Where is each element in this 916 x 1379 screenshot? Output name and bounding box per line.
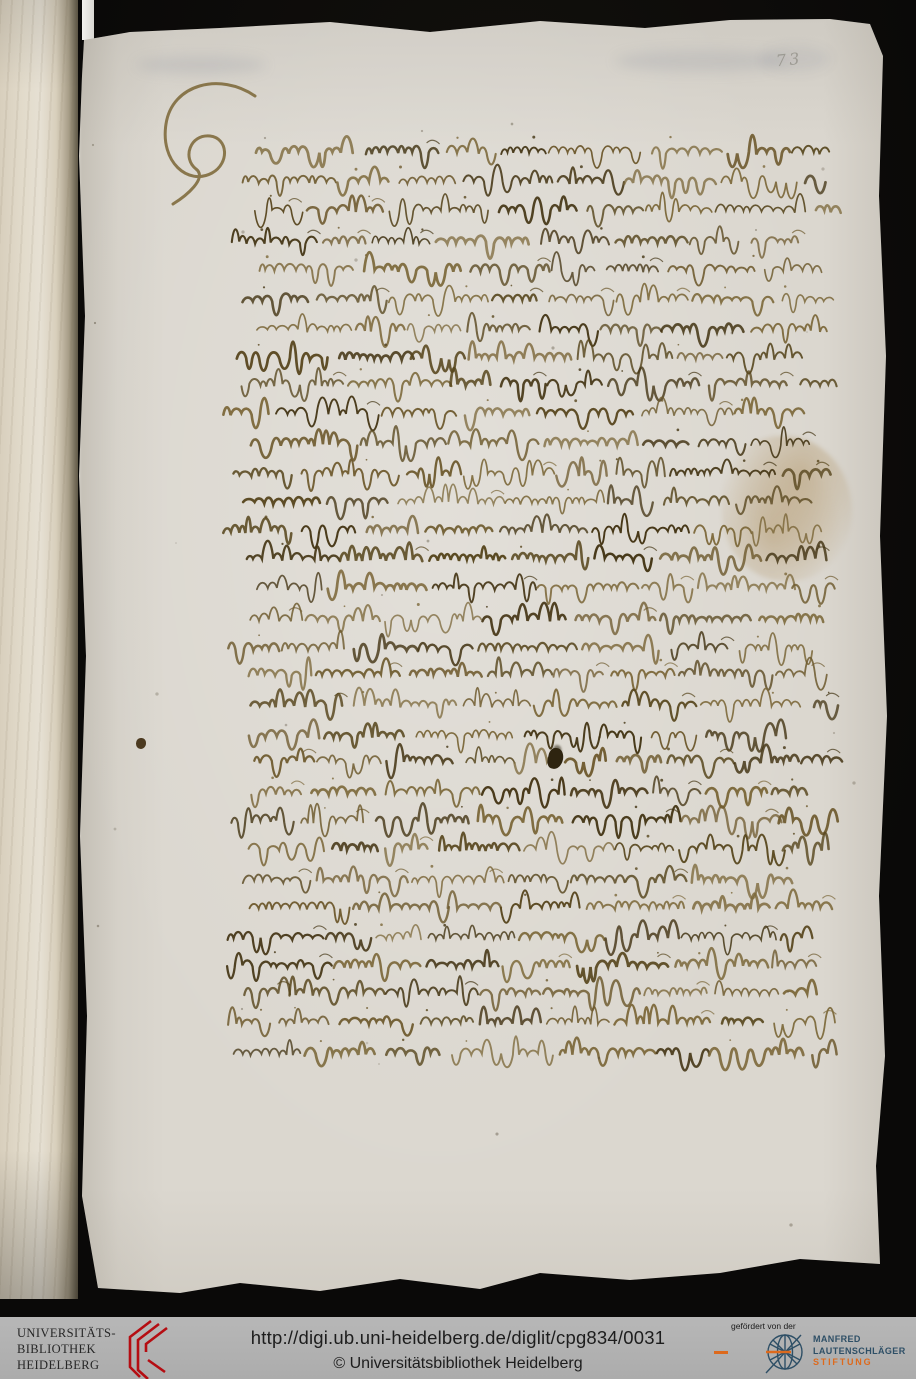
initial-flourish: [165, 84, 255, 204]
dash-mark: [714, 1351, 728, 1354]
handwritten-text: [70, 16, 888, 1298]
folio-number: 73: [775, 49, 803, 71]
facing-page-edge: [0, 0, 78, 1299]
manuscript-page: 73: [70, 16, 888, 1298]
photo-backdrop: 73 UNIVERSITÄTS- BIBLIOTHEK HEIDELBERG h…: [0, 0, 916, 1379]
lautenschlaeger-globe-icon: [761, 1329, 809, 1377]
funder-name: MANFRED LAUTENSCHLÄGER STIFTUNG: [813, 1334, 906, 1369]
library-banner: UNIVERSITÄTS- BIBLIOTHEK HEIDELBERG http…: [0, 1317, 916, 1379]
underlying-page-corner: [82, 0, 94, 40]
